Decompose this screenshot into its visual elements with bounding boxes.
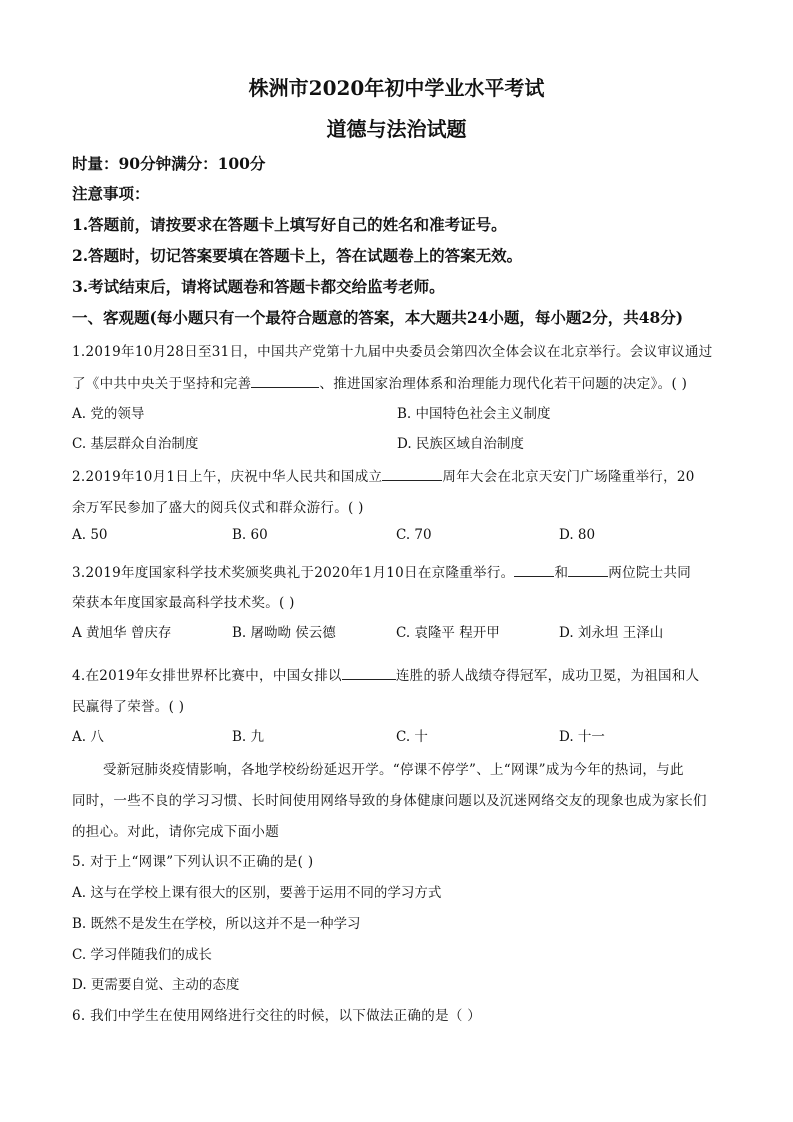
question-5-option-a: A. 这与在学校上课有很大的区别，要善于运用不同的学习方式 [72,881,441,901]
question-4-option-d: D. 十一 [559,725,605,745]
question-3-text-post: 两位院士共同 [608,565,691,581]
question-5-option-c: C. 学习伴随我们的成长 [72,943,212,963]
time-info: 时量：90分钟满分：100分 [72,152,265,174]
question-5-option-b: B. 既然不是发生在学校，所以这并不是一种学习 [72,912,361,932]
question-2-option-c: C. 70 [396,527,432,543]
question-2-line1: 2.2019年10月1日上午，庆祝中华人民共和国成立周年大会在北京天安门广场隆重… [72,465,695,485]
question-5-option-d: D. 更需要自觉、主动的态度 [72,973,239,993]
question-1-line2: 了《中共中央关于坚持和完善、推进国家治理体系和治理能力现代化若干问题的决定》。(… [72,372,687,392]
passage-line: 的担心。对此，请你完成下面小题 [72,820,279,840]
answer-blank [382,468,442,481]
question-2-text-pre: 2.2019年10月1日上午，庆祝中华人民共和国成立 [72,469,382,485]
question-4-option-b: B. 九 [232,725,264,745]
question-3-option-d: D. 刘永坦 王泽山 [559,621,663,641]
answer-blank [251,375,319,388]
exam-title: 株洲市2020年初中学业水平考试 [0,72,793,101]
notice-heading: 注意事项： [72,182,150,204]
exam-page: 株洲市2020年初中学业水平考试 道德与法治试题 时量：90分钟满分：100分 … [0,0,793,1122]
question-3-line1: 3.2019年度国家科学技术奖颁奖典礼于2020年1月10日在京隆重举行。和两位… [72,561,691,581]
notice-item: 1.答题前，请按要求在答题卡上填写好自己的姓名和准考证号。 [72,213,507,235]
question-4-text-pre: 4.在2019年女排世界杯比赛中，中国女排以 [72,668,342,684]
question-3-option-a: A 黄旭华 曾庆存 [72,621,171,641]
exam-subtitle: 道德与法治试题 [0,113,793,142]
answer-blank [568,564,608,577]
question-1-option-a: A. 党的领导 [72,402,144,422]
question-1-option-d: D. 民族区域自治制度 [397,432,524,452]
question-1-line1: 1.2019年10月28日至31日，中国共产党第十九届中央委员会第四次全体会议在… [72,340,713,360]
question-3-option-b: B. 屠呦呦 侯云德 [232,621,336,641]
answer-blank [342,667,396,680]
question-3-text-mid: 和 [554,565,568,581]
question-3-text-pre: 3.2019年度国家科学技术奖颁奖典礼于2020年1月10日在京隆重举行。 [72,565,514,581]
question-4-option-c: C. 十 [396,725,428,745]
question-2-option-d: D. 80 [559,527,595,543]
notice-item: 2.答题时，切记答案要填在答题卡上，答在试题卷上的答案无效。 [72,244,522,266]
question-3-option-c: C. 袁隆平 程开甲 [396,621,500,641]
question-1-option-b: B. 中国特色社会主义制度 [397,402,551,422]
section-heading: 一、客观题(每小题只有一个最符合题意的答案，本大题共24小题，每小题2分，共48… [72,306,683,328]
question-2-text-post: 周年大会在北京天安门广场隆重举行，20 [442,469,694,485]
notice-item: 3.考试结束后，请将试题卷和答题卡都交给监考老师。 [72,275,445,297]
question-1-text-post: 、推进国家治理体系和治理能力现代化若干问题的决定》。( ) [319,376,687,392]
answer-blank [514,564,554,577]
question-2-option-b: B. 60 [232,527,268,543]
question-4-line2: 民赢得了荣誉。( ) [72,695,184,715]
passage-line: 受新冠肺炎疫情影响，各地学校纷纷延迟开学。“停课不停学”、上“网课”成为今年的热… [103,758,684,778]
question-2-line2: 余万军民参加了盛大的阅兵仪式和群众游行。( ) [72,496,364,516]
question-1-text-pre: 了《中共中央关于坚持和完善 [72,376,251,392]
question-4-text-post: 连胜的骄人战绩夺得冠军，成功卫冕，为祖国和人 [396,668,700,684]
question-3-line2: 荣获本年度国家最高科学技术奖。( ) [72,591,295,611]
question-6-stem: 6. 我们中学生在使用网络进行交往的时候，以下做法正确的是（ ） [72,1004,481,1024]
question-1-option-c: C. 基层群众自治制度 [72,432,198,452]
question-2-option-a: A. 50 [72,527,108,543]
passage-line: 同时，一些不良的学习习惯、长时间使用网络导致的身体健康问题以及沉迷网络交友的现象… [72,789,707,809]
question-5-stem: 5. 对于上“网课”下列认识不正确的是( ) [72,850,313,870]
question-4-line1: 4.在2019年女排世界杯比赛中，中国女排以连胜的骄人战绩夺得冠军，成功卫冕，为… [72,664,699,684]
question-4-option-a: A. 八 [72,725,104,745]
